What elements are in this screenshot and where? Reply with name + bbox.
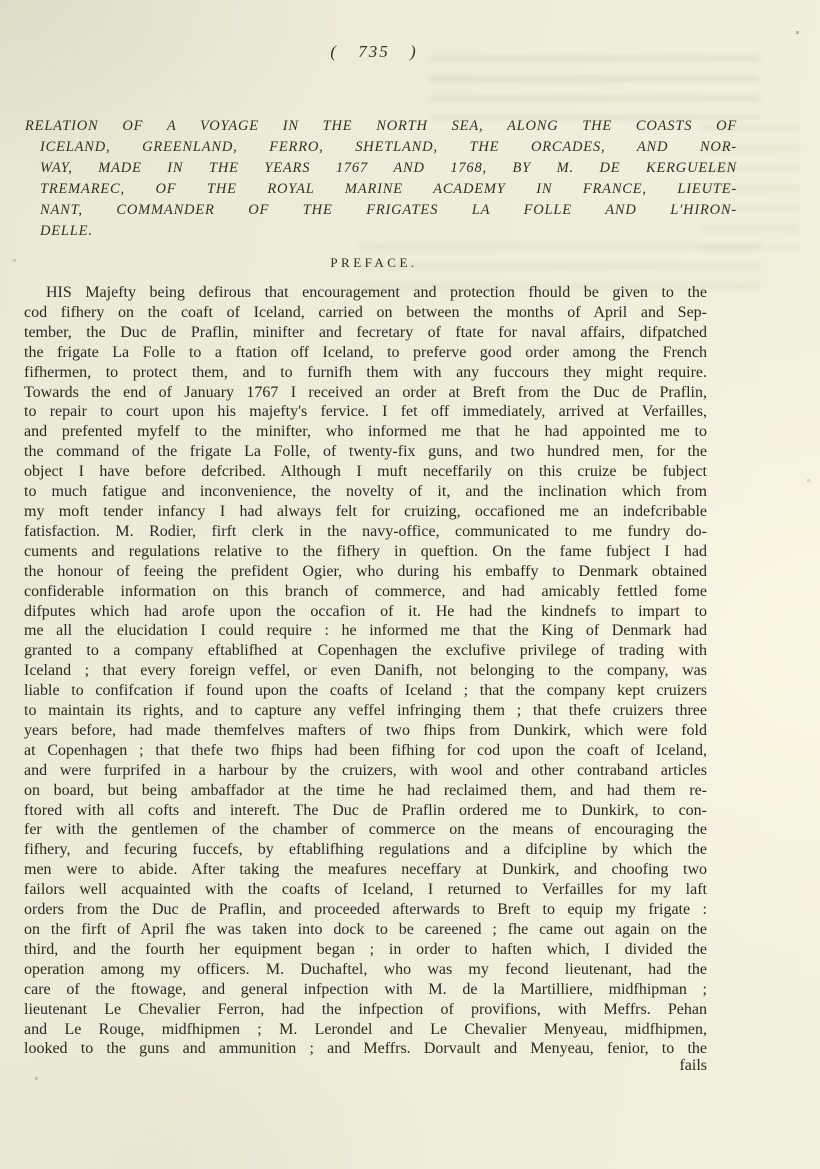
text-line: me all the elucidation I could require :…	[24, 621, 707, 641]
text-line: orders from the Duc de Praflin, and proc…	[24, 900, 707, 920]
text-line: operation among my officers. M. Duchafte…	[24, 960, 707, 980]
text-line: my moft tender infancy I had always felt…	[24, 502, 707, 522]
text-line: the frigate La Folle to a ftation off Ic…	[24, 343, 707, 363]
preface-heading: PREFACE.	[24, 255, 724, 271]
text-line: and prefented myfelf to the minifter, wh…	[24, 422, 707, 442]
text-line: third, and the fourth her equipment bega…	[24, 940, 707, 960]
text-line: granted to a company eftablifhed at Cope…	[24, 641, 707, 661]
text-line: confiderable information on this branch …	[24, 582, 707, 602]
preface-text: HIS Majefty being defirous that encourag…	[24, 283, 707, 1059]
text-line: and were furprifed in a harbour by the c…	[24, 761, 707, 781]
text-line: lieutenant Le Chevalier Ferron, had the …	[24, 1000, 707, 1020]
text-line: NANT, COMMANDER OF THE FRIGATES LA FOLLE…	[25, 200, 737, 221]
text-line: Towards the end of January 1767 I receiv…	[24, 383, 707, 403]
text-line: failors well acquainted with the coafts …	[24, 880, 707, 900]
text-line: WAY, MADE IN THE YEARS 1767 AND 1768, BY…	[25, 158, 737, 179]
text-line: ftored with all cofts and intereft. The …	[24, 801, 707, 821]
text-line: to maintain its rights, and to capture a…	[24, 701, 707, 721]
text-line: care of the ftowage, and general infpect…	[24, 980, 707, 1000]
text-line: DELLE.	[25, 221, 737, 242]
text-line: and Le Rouge, midfhipmen ; M. Lerondel a…	[24, 1020, 707, 1040]
text-line: RELATION OF A VOYAGE IN THE NORTH SEA, A…	[25, 116, 737, 137]
text-line: ICELAND, GREENLAND, FERRO, SHETLAND, THE…	[25, 137, 737, 158]
text-line: to much fatigue and inconvenience, the n…	[24, 482, 707, 502]
text-line: fifhermen, to protect them, and to furni…	[24, 363, 707, 383]
text-line: to repair to court upon his majefty's fe…	[24, 402, 707, 422]
page-number: ( 735 )	[24, 42, 724, 62]
text-line: Iceland ; that every foreign veffel, or …	[24, 661, 707, 681]
article-title: RELATION OF A VOYAGE IN THE NORTH SEA, A…	[25, 116, 737, 241]
paper-specks	[0, 0, 1, 1]
text-line: fer with the gentlemen of the chamber of…	[24, 820, 707, 840]
text-line: cuments and regulations relative to the …	[24, 542, 707, 562]
text-line: difputes which had arofe upon the occafi…	[24, 602, 707, 622]
text-line: at Copenhagen ; that thefe two fhips had…	[24, 741, 707, 761]
text-line: on board, but being ambaffador at the ti…	[24, 781, 707, 801]
text-line: the honour of feeing the prefident Ogier…	[24, 562, 707, 582]
catchword: fails	[24, 1057, 707, 1075]
text-line: fatisfaction. M. Rodier, firft clerk in …	[24, 522, 707, 542]
text-line: the command of the frigate La Folle, of …	[24, 442, 707, 462]
text-line: tember, the Duc de Praflin, minifter and…	[24, 323, 707, 343]
text-line: HIS Majefty being defirous that encourag…	[24, 283, 707, 303]
text-line: years before, had made themfelves mafter…	[24, 721, 707, 741]
text-line: cod fifhery on the coaft of Iceland, car…	[24, 303, 707, 323]
text-line: object I have before defcribed. Although…	[24, 462, 707, 482]
text-line: fifhery, and fecuring fuccefs, by eftabl…	[24, 840, 707, 860]
text-line: TREMAREC, OF THE ROYAL MARINE ACADEMY IN…	[25, 179, 737, 200]
text-line: on the firft of April fhe was taken into…	[24, 920, 707, 940]
text-line: men were to abide. After taking the meaf…	[24, 860, 707, 880]
book-page: ( 735 ) RELATION OF A VOYAGE IN THE NORT…	[0, 0, 820, 1169]
text-line: liable to confifcation if found upon the…	[24, 681, 707, 701]
